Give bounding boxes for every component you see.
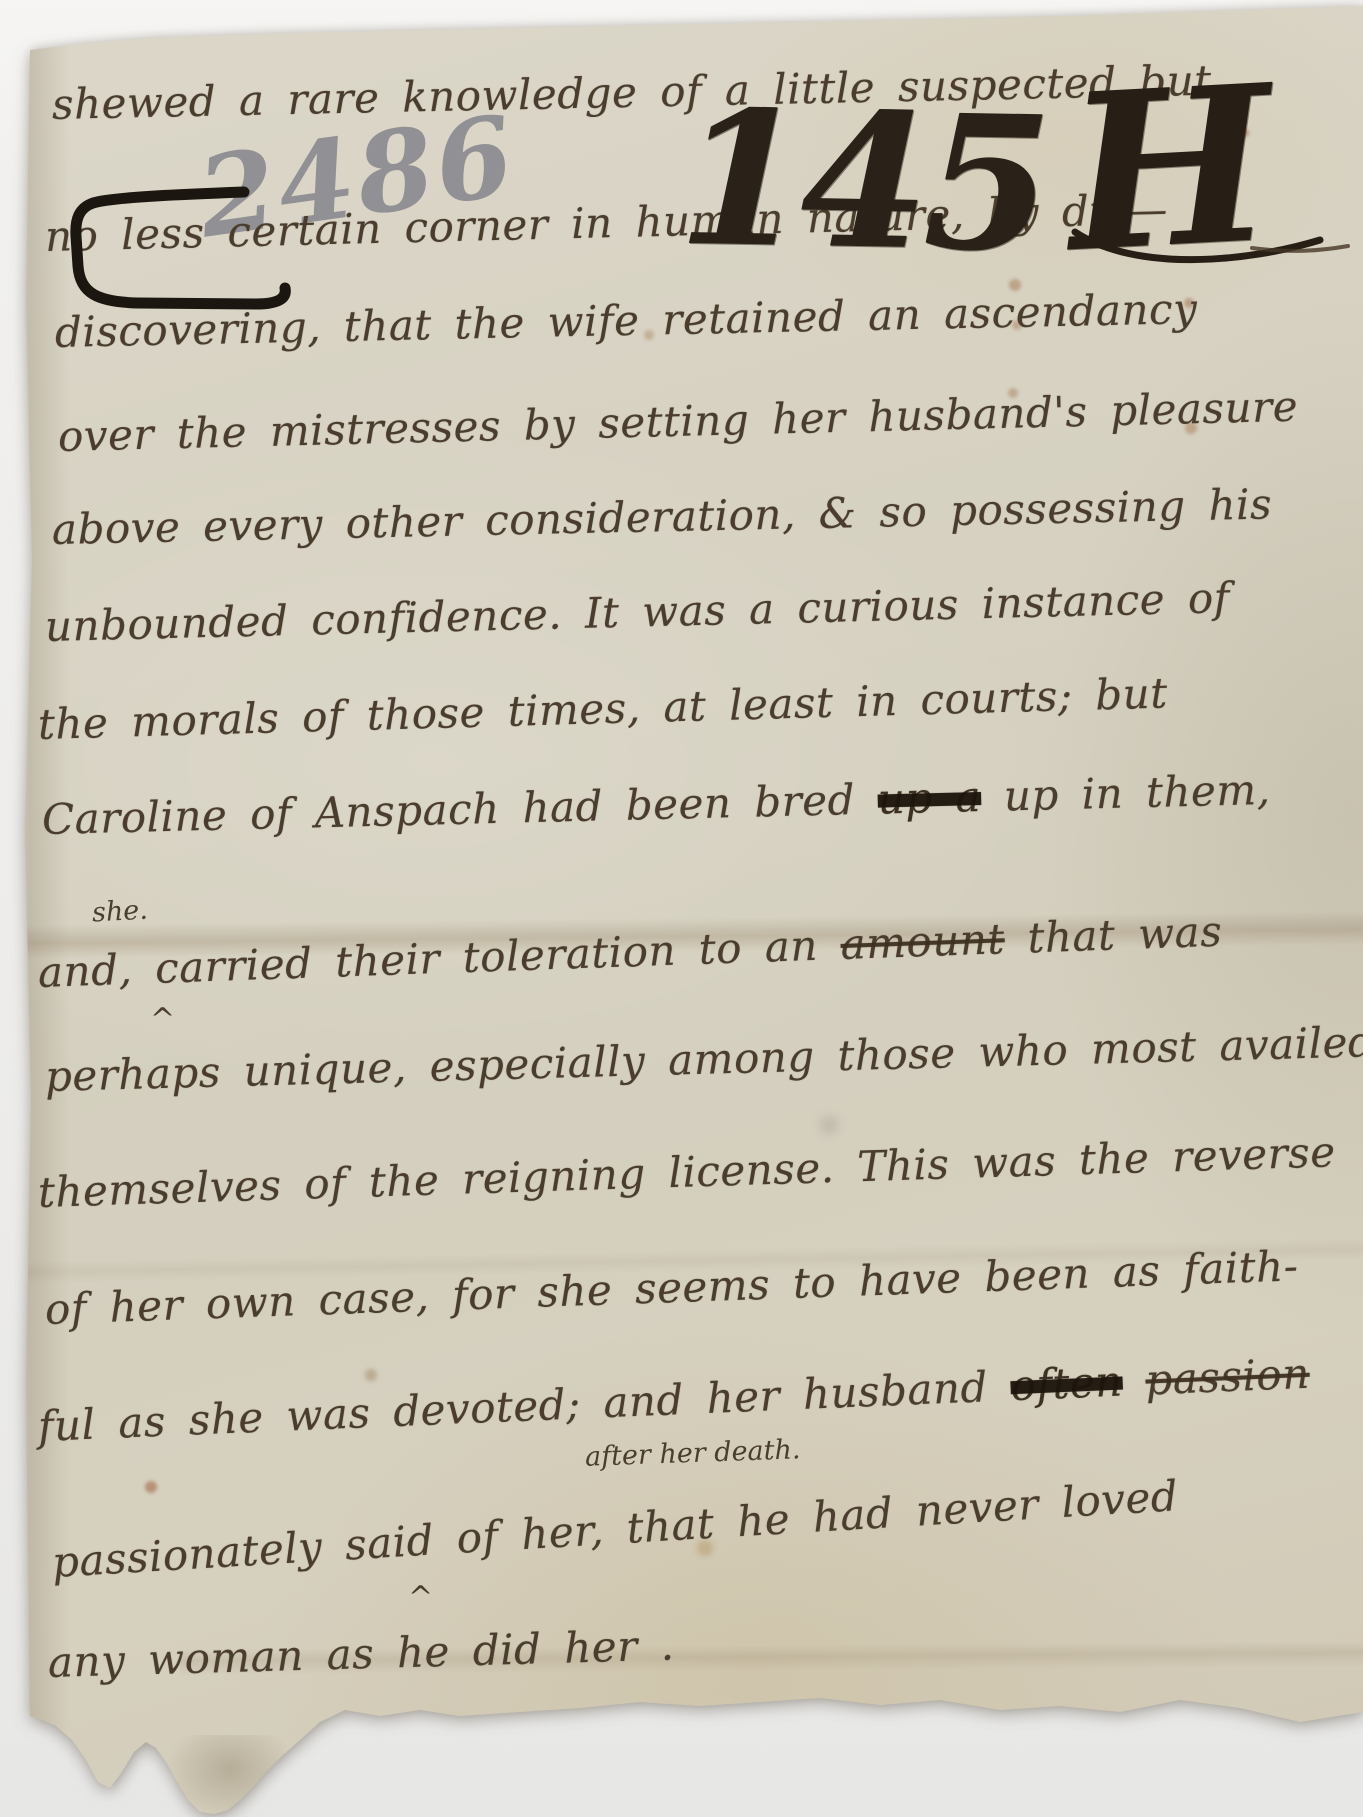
page-number: 145 <box>676 69 1048 293</box>
line-text: up in them, <box>980 765 1271 821</box>
insertion-caret: ^ <box>150 1002 175 1037</box>
struck-out-text: amount <box>840 914 1006 969</box>
monogram-h: H <box>1062 37 1278 300</box>
struck-out-text: often <box>1010 1357 1124 1411</box>
scanned-manuscript-page: 2486 145 H shewed a rare knowledge of a … <box>0 0 1363 1817</box>
line-text: that was <box>1004 907 1223 964</box>
caret-glyph: ^ <box>408 1580 433 1615</box>
struck-out-text: passion <box>1144 1349 1310 1405</box>
struck-out-text: up a <box>877 772 981 824</box>
interlinear-insertion-she: she. <box>91 895 148 929</box>
insertion-text: she. <box>91 895 148 929</box>
insertion-caret: ^ <box>408 1580 433 1615</box>
caret-glyph: ^ <box>150 1002 175 1037</box>
foxing-stains <box>0 0 6 6</box>
torn-edge-shading <box>165 1735 295 1817</box>
line-text <box>1122 1356 1147 1406</box>
